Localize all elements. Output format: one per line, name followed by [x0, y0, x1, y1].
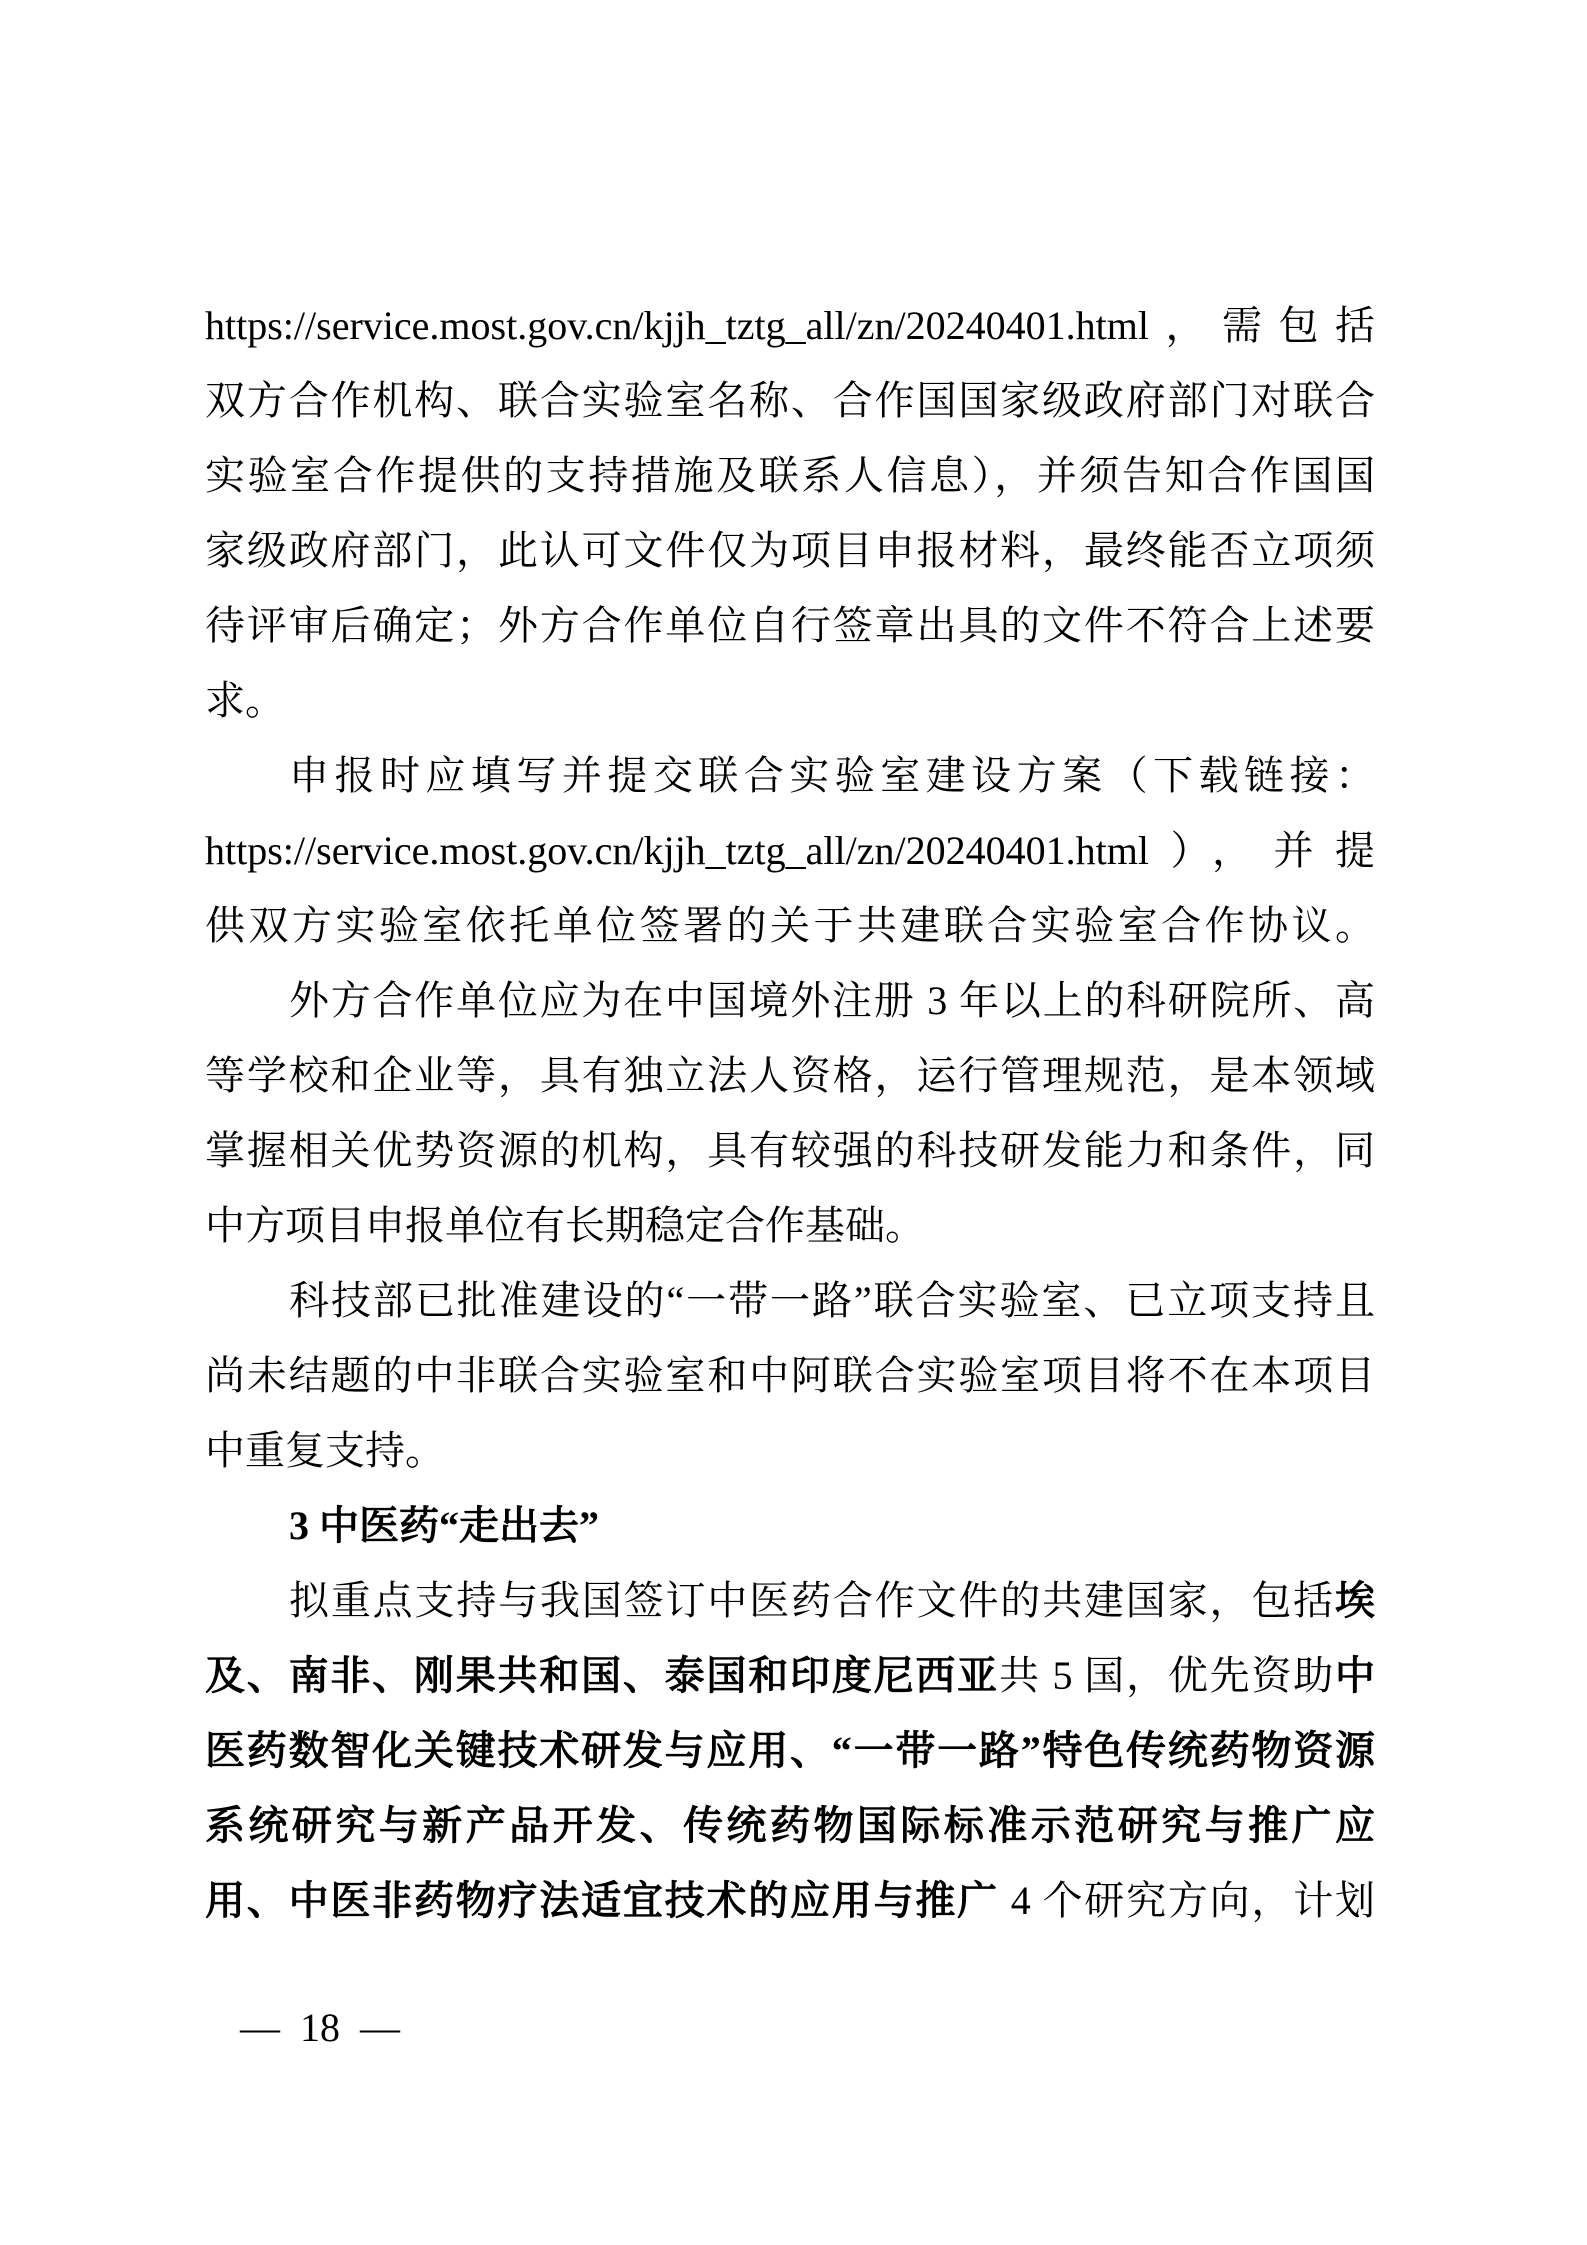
text-segment: 家级政府部门，此认可文件仅为项目申报材料，最终能否立项须 [205, 528, 1375, 573]
text-segment: 拟重点支持与我国签订中医药合作文件的共建国家，包括 [289, 1578, 1335, 1623]
text-segment: 医药数智化关键技术研发与应用、“一带一路”特色传统药物资源 [205, 1728, 1375, 1773]
url-text: https://service.most.gov.cn/kjjh_tztg_al… [205, 303, 1149, 348]
text-segment: 中方项目申报单位有长期稳定合作基础。 [205, 1203, 925, 1248]
text-segment: 双方合作机构、联合实验室名称、合作国国家级政府部门对联合 [205, 378, 1375, 423]
text-segment: 共 5 国，优先资助 [999, 1653, 1335, 1698]
text-segment: 掌握相关优势资源的机构，具有较强的科技研发能力和条件，同 [205, 1128, 1375, 1173]
text-segment: 系统研究与新产品开发、传统药物国际标准示范研究与推广应 [205, 1803, 1375, 1848]
text-line: 申报时应填写并提交联合实验室建设方案（下载链接： [205, 738, 1375, 813]
text-segment: 求。 [205, 678, 285, 723]
text-line: 待评审后确定；外方合作单位自行签章出具的文件不符合上述要 [205, 588, 1375, 663]
text-line: 外方合作单位应为在中国境外注册 3 年以上的科研院所、高 [205, 963, 1375, 1038]
text-line: 及、南非、刚果共和国、泰国和印度尼西亚共 5 国，优先资助中 [205, 1638, 1375, 1713]
text-segment: 中重复支持。 [205, 1428, 445, 1473]
footer-right-dash: — [360, 2005, 400, 2050]
text-line: 等学校和企业等，具有独立法人资格，运行管理规范，是本领域 [205, 1038, 1375, 1113]
footer-left-dash: — [240, 2005, 280, 2050]
text-segment: 外方合作单位应为在中国境外注册 3 年以上的科研院所、高 [289, 978, 1375, 1023]
page-footer: —18— [240, 1998, 400, 2058]
text-segment: 尚未结题的中非联合实验室和中阿联合实验室项目将不在本项目 [205, 1353, 1375, 1398]
text-line: 家级政府部门，此认可文件仅为项目申报材料，最终能否立项须 [205, 513, 1375, 588]
text-line: 拟重点支持与我国签订中医药合作文件的共建国家，包括埃 [205, 1563, 1375, 1638]
text-line: 系统研究与新产品开发、传统药物国际标准示范研究与推广应 [205, 1788, 1375, 1863]
text-segment: 中 [1335, 1653, 1375, 1698]
text-line: 求。 [205, 663, 1375, 738]
text-line: 中重复支持。 [205, 1413, 1375, 1488]
document-page: https://service.most.gov.cn/kjjh_tztg_al… [0, 0, 1587, 2245]
text-segment: ），并提 [1149, 828, 1375, 873]
text-line: 实验室合作提供的支持措施及联系人信息），并须告知合作国国 [205, 438, 1375, 513]
text-segment: 科技部已批准建设的“一带一路”联合实验室、已立项支持且 [289, 1278, 1375, 1323]
text-line: 双方合作机构、联合实验室名称、合作国国家级政府部门对联合 [205, 363, 1375, 438]
text-segment: 3 中医药“走出去” [289, 1503, 599, 1548]
text-line: https://service.most.gov.cn/kjjh_tztg_al… [205, 288, 1375, 363]
text-line: 供双方实验室依托单位签署的关于共建联合实验室合作协议。 [205, 888, 1375, 963]
text-segment: 实验室合作提供的支持措施及联系人信息），并须告知合作国国 [205, 453, 1375, 498]
text-segment: ，需包括 [1149, 303, 1375, 348]
text-line: 中方项目申报单位有长期稳定合作基础。 [205, 1188, 1375, 1263]
text-line: 科技部已批准建设的“一带一路”联合实验室、已立项支持且 [205, 1263, 1375, 1338]
text-segment: 用、中医非药物疗法适宜技术的应用与推广 [205, 1878, 999, 1923]
text-segment: 等学校和企业等，具有独立法人资格，运行管理规范，是本领域 [205, 1053, 1375, 1098]
document-body: https://service.most.gov.cn/kjjh_tztg_al… [205, 288, 1375, 1938]
url-text: https://service.most.gov.cn/kjjh_tztg_al… [205, 828, 1149, 873]
section-heading: 3 中医药“走出去” [205, 1488, 1375, 1563]
page-number: 18 [300, 2005, 340, 2050]
text-line: https://service.most.gov.cn/kjjh_tztg_al… [205, 813, 1375, 888]
text-segment: 4 个研究方向，计划 [999, 1878, 1375, 1923]
text-line: 掌握相关优势资源的机构，具有较强的科技研发能力和条件，同 [205, 1113, 1375, 1188]
text-segment: 申报时应填写并提交联合实验室建设方案（下载链接： [289, 753, 1375, 798]
text-segment: 埃 [1335, 1578, 1375, 1623]
text-line: 尚未结题的中非联合实验室和中阿联合实验室项目将不在本项目 [205, 1338, 1375, 1413]
text-segment: 待评审后确定；外方合作单位自行签章出具的文件不符合上述要 [205, 603, 1375, 648]
text-segment: 供双方实验室依托单位签署的关于共建联合实验室合作协议。 [205, 903, 1375, 948]
text-line: 医药数智化关键技术研发与应用、“一带一路”特色传统药物资源 [205, 1713, 1375, 1788]
text-segment: 及、南非、刚果共和国、泰国和印度尼西亚 [205, 1653, 999, 1698]
text-line: 用、中医非药物疗法适宜技术的应用与推广 4 个研究方向，计划 [205, 1863, 1375, 1938]
